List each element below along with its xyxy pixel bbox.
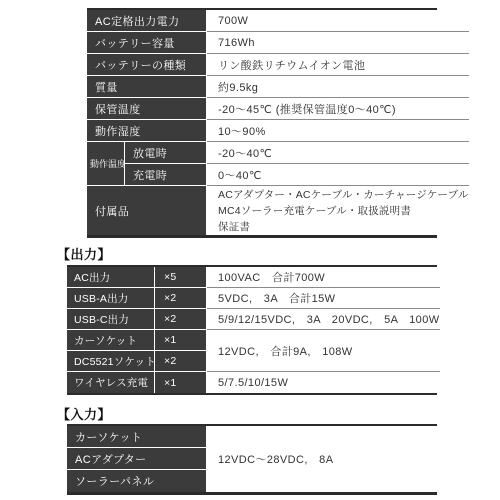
output-row-label: USB-A出力 xyxy=(67,288,155,309)
input-table: カーソケット ACアダプター ソーラーパネル 12VDC～28VDC, 8A xyxy=(67,424,437,495)
temp-sub-label: 充電時 xyxy=(125,164,207,186)
output-row-count: ×1 xyxy=(155,372,207,393)
input-merged-value: 12VDC～28VDC, 8A xyxy=(207,426,437,492)
accessories-label: 付属品 xyxy=(87,186,207,235)
spec-row-label: バッテリー容量 xyxy=(87,32,207,54)
accessories-line: MC4ソーラー充電ケーブル・取扱説明書 xyxy=(218,203,411,219)
spec-row-value: 716Wh xyxy=(207,32,469,54)
spec-row-value: リン酸鉄リチウムイオン電池 xyxy=(207,54,469,76)
output-row-label: AC出力 xyxy=(67,267,155,288)
output-merged-value: 12VDC, 合計9A, 108W xyxy=(207,330,440,372)
accessories-value: ACアダプター・ACケーブル・カーチャージケーブル MC4ソーラー充電ケーブル・… xyxy=(207,186,469,235)
output-row-value: 100VAC 合計700W xyxy=(207,267,440,288)
accessories-line: 保証書 xyxy=(218,219,250,235)
spec-row-label: 保管温度 xyxy=(87,98,207,120)
spec-row-label: 質量 xyxy=(87,76,207,98)
output-row-count: ×1 xyxy=(155,330,207,351)
accessories-line: ACアダプター・ACケーブル・カーチャージケーブル xyxy=(218,187,469,203)
spec-row-label: AC定格出力電力 xyxy=(87,10,207,32)
output-row-label: USB-C出力 xyxy=(67,309,155,330)
output-row-label: ワイヤレス充電 xyxy=(67,372,155,393)
spec-row-value: 700W xyxy=(207,10,469,32)
output-section-heading: 【出力】 xyxy=(57,244,111,263)
output-row-value: 5/9/12/15VDC, 3A 20VDC, 5A 100W xyxy=(207,309,440,330)
input-section-heading: 【入力】 xyxy=(57,404,111,423)
output-row-count: ×2 xyxy=(155,351,207,372)
main-spec-table: AC定格出力電力 700W バッテリー容量 716Wh バッテリーの種類 リン酸… xyxy=(87,8,437,238)
spec-row-label: 動作湿度 xyxy=(87,120,207,142)
spec-row-value: -20～45℃ (推奨保管温度0～40℃) xyxy=(207,98,469,120)
input-row-label: ソーラーパネル xyxy=(67,470,207,492)
output-table: AC出力 ×5 100VAC 合計700W USB-A出力 ×2 5VDC, 3… xyxy=(67,265,437,395)
spec-row-value: 10～90% xyxy=(207,120,469,142)
temp-sub-value: 0～40℃ xyxy=(207,164,469,186)
output-row-count: ×2 xyxy=(155,309,207,330)
input-row-label: ACアダプター xyxy=(67,448,207,470)
output-row-count: ×5 xyxy=(155,267,207,288)
output-row-label: DC5521ソケット xyxy=(67,351,155,372)
output-row-count: ×2 xyxy=(155,288,207,309)
spec-row-label: バッテリーの種類 xyxy=(87,54,207,76)
input-row-label: カーソケット xyxy=(67,426,207,448)
output-row-value: 5VDC, 3A 合計15W xyxy=(207,288,440,309)
output-row-label: カーソケット xyxy=(67,330,155,351)
operating-temp-label: 動作温度 xyxy=(87,142,125,186)
spec-sheet: AC定格出力電力 700W バッテリー容量 716Wh バッテリーの種類 リン酸… xyxy=(0,0,500,500)
output-row-value: 5/7.5/10/15W xyxy=(207,372,440,393)
spec-row-value: 約9.5kg xyxy=(207,76,469,98)
temp-sub-label: 放電時 xyxy=(125,142,207,164)
temp-sub-value: -20～40℃ xyxy=(207,142,469,164)
